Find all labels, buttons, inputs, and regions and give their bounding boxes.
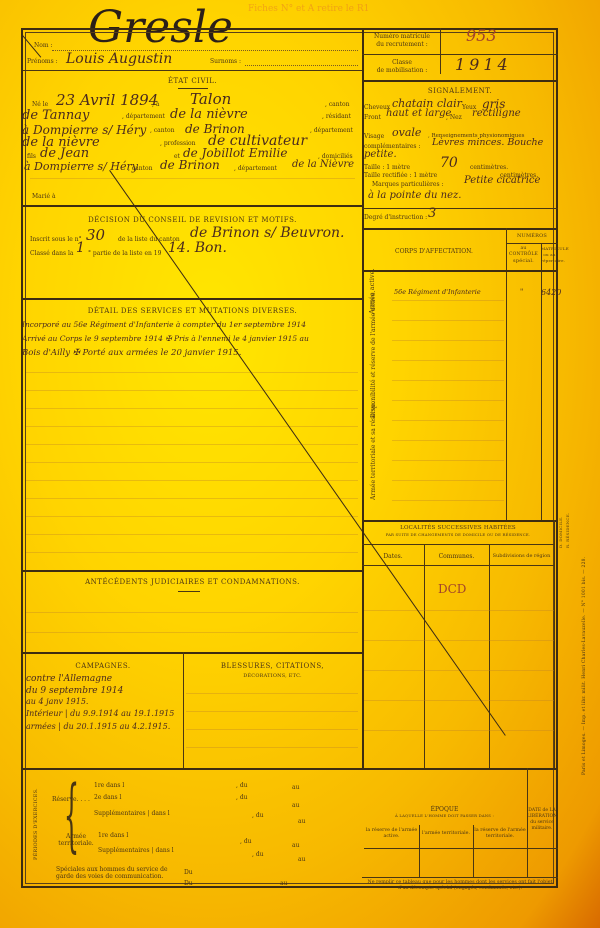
localites-col-divider xyxy=(424,544,425,768)
services-line: Arrivé au Corps le 9 septembre 1914 ✠ Pr… xyxy=(22,334,309,343)
corps-affectation-title: CORPS D'AFFECTATION. xyxy=(362,248,506,255)
epoque-col-territoriale: l'armée territoriale. xyxy=(419,831,473,837)
du-label: , du xyxy=(236,794,248,801)
localites-col-divider xyxy=(489,544,490,768)
campagnes-line: contre l'Allemagne xyxy=(26,674,112,684)
divider xyxy=(362,877,558,878)
printer-imprint: Paris et Limoges. — Imp. et libr. milit.… xyxy=(582,557,587,775)
divider xyxy=(362,228,558,230)
form-frame xyxy=(21,28,558,888)
canton3-value: de Brinon xyxy=(160,158,220,172)
fils-label: fils xyxy=(27,153,36,160)
date-liberation-header: DATE de LA LIBÉRATION du service militai… xyxy=(527,808,557,832)
front-value: haut et large xyxy=(386,108,451,119)
departement3-value: de la Nièvre xyxy=(292,159,354,170)
localites-side-divider xyxy=(554,520,555,768)
ruled-line xyxy=(392,440,504,441)
divider xyxy=(23,652,362,654)
ruled-line xyxy=(26,612,358,613)
departement-value: de la nièvre xyxy=(170,107,248,122)
ruled-line xyxy=(392,360,504,361)
blessures-subtitle: DÉCORATIONS, ETC. xyxy=(183,673,362,679)
inscrit-value: 30 xyxy=(86,226,105,244)
ruled-line xyxy=(364,700,554,701)
ruled-line xyxy=(26,498,358,499)
classe-label-2: de mobilisation : xyxy=(364,67,440,74)
reserve-label: Réserve. . . . xyxy=(52,796,90,803)
divider xyxy=(362,520,558,522)
visage-value: ovale xyxy=(392,126,421,139)
archive-stamp: Fiches N° et A retire le R1 xyxy=(248,4,369,14)
divider xyxy=(362,565,554,566)
numeros-subdivider xyxy=(541,244,542,520)
epoque-title: ÉPOQUE xyxy=(362,806,527,813)
canton3-label: , canton xyxy=(128,165,153,172)
ruled-line xyxy=(392,340,504,341)
marques-label: Marques particulières : xyxy=(372,181,444,188)
epoque-col-reserve-active: la réserve de l'armée active. xyxy=(364,828,419,840)
partie-value: 14. Bon. xyxy=(168,240,227,256)
campagnes-line: Intérieur | du 9.9.1914 au 19.1.1915 xyxy=(26,709,174,718)
controle-value: " xyxy=(520,288,523,296)
a-label: , à xyxy=(152,101,159,108)
nez-label: , Nez xyxy=(446,114,462,121)
ruled-line xyxy=(364,730,554,731)
prenoms-label: Prénoms : xyxy=(27,58,58,65)
ruled-line xyxy=(26,372,358,373)
localites-title: LOCALITÉS SUCCESSIVES HABITÉES xyxy=(362,525,554,531)
localites-entry: DCD xyxy=(438,582,466,596)
epoque-subtitle: À LAQUELLE L'HOMME DOIT PASSER DANS : xyxy=(362,813,527,818)
taille-value: 70 xyxy=(440,155,458,171)
au-label: au xyxy=(280,880,287,887)
territoriale-label: Armée territoriale. xyxy=(56,833,96,847)
territoriale-section-label: Armée territoriale et sa réserve. xyxy=(370,402,377,500)
marques-value-2: à la pointe du nez. xyxy=(368,190,461,201)
divider xyxy=(362,270,558,272)
canton-label: , canton xyxy=(325,101,350,108)
ruled-line xyxy=(26,480,358,481)
ruled-line xyxy=(186,693,358,694)
divider xyxy=(23,768,558,770)
epoque-note: Ne remplir ce tableau que pour les homme… xyxy=(364,880,556,892)
periode-row-label: 1re dans l xyxy=(98,832,128,839)
partie-label: ° partie de la liste en 19 xyxy=(88,250,161,257)
title-underline xyxy=(178,88,208,89)
matricule-divider xyxy=(440,28,441,74)
ruled-line xyxy=(26,632,358,633)
residant-label: , résidant xyxy=(322,113,351,120)
au-label: au xyxy=(298,818,305,825)
du-label: , du xyxy=(236,782,248,789)
divider xyxy=(362,544,554,545)
degre-label: Degré d'instruction : xyxy=(364,214,427,221)
disponibilite-label: Disponibilité et réserve de l'armée acti… xyxy=(370,291,377,418)
du-label: , du xyxy=(252,851,264,858)
subdivisions-header: Subdivisions de région xyxy=(489,553,554,559)
title-underline xyxy=(178,591,200,592)
localites-subtitle: PAR SUITE DE CHANGEMENTS DE DOMICILE OU … xyxy=(362,532,554,537)
ne-le-label: Né le xyxy=(32,101,48,108)
etat-civil-title: ÉTAT CIVIL. xyxy=(23,77,362,85)
surnoms-label: Surnoms : xyxy=(210,58,241,65)
surnoms-dotted-line xyxy=(245,65,358,66)
epoque-col-reserve-territoriale: la réserve de l'armée territoriale. xyxy=(473,828,527,840)
ruled-line xyxy=(26,534,358,535)
speciales-du-label: Du xyxy=(184,880,193,887)
classe-dans-value: 1 xyxy=(76,240,85,256)
military-registration-record: Fiches N° et A retire le R1 Gresle Nom :… xyxy=(0,0,600,928)
campagnes-line: du 9 septembre 1914 xyxy=(26,686,123,696)
marques-value: Petite cicatrice xyxy=(464,175,540,186)
conseil-revision-title: DÉCISION DU CONSEIL DE REVISION ET MOTIF… xyxy=(23,216,362,224)
ne-le-value: 23 Avril 1894 xyxy=(56,91,158,109)
ruled-line xyxy=(364,610,554,611)
prenoms-value: Louis Augustin xyxy=(66,51,172,67)
departement3-label: , département xyxy=(234,165,277,172)
services-title: DÉTAIL DES SERVICES ET MUTATIONS DIVERSE… xyxy=(23,307,362,315)
controle-header: spécial. xyxy=(506,258,541,264)
divider xyxy=(23,298,362,300)
campagnes-title: CAMPAGNES. xyxy=(23,662,183,670)
divider xyxy=(362,208,558,209)
matricule-header: répertoire. xyxy=(541,258,558,263)
corps-value: 56e Régiment d'Infanterie xyxy=(394,288,481,296)
campagnes-line: armées | du 20.1.1915 au 4.2.1915. xyxy=(26,722,170,731)
du-label: , du xyxy=(252,812,264,819)
matricule-repertoire-value: 6420 xyxy=(541,288,561,297)
periode-row-label: 1re dans l xyxy=(94,782,124,789)
services-line: Bois d'Ailly ✠ Porté aux armées le 20 ja… xyxy=(22,348,241,358)
periode-row-label: Supplémentaires | dans l xyxy=(98,847,174,854)
matricule-label: Numéro matricule xyxy=(364,33,440,40)
inscrit-label: Inscrit sous le n° xyxy=(30,236,82,243)
matricule-header: ou au xyxy=(541,252,558,257)
au-label: au xyxy=(292,784,299,791)
ruled-line xyxy=(26,552,358,553)
nez-value: rectiligne xyxy=(472,108,521,119)
complementaires-value: Lèvres minces. Bouche xyxy=(432,137,543,148)
ruled-line xyxy=(26,516,358,517)
taille-label: Taille : 1 mètre xyxy=(364,164,410,171)
ruled-line xyxy=(392,420,504,421)
domicilies-value: à Dompierre s/ Héry xyxy=(24,160,138,173)
periode-row-label: Supplémentaires | dans l xyxy=(94,810,170,817)
degre-value: 3 xyxy=(428,206,436,221)
au-label: au xyxy=(292,842,299,849)
ruled-line xyxy=(392,480,504,481)
numeros-title: NUMÉROS xyxy=(506,233,558,239)
ruled-line xyxy=(26,408,358,409)
ruled-line xyxy=(26,390,358,391)
dates-header: Dates. xyxy=(362,553,424,560)
antecedents-title: ANTÉCÉDENTS JUDICIAIRES ET CONDAMNATIONS… xyxy=(23,578,362,586)
controle-header: au xyxy=(506,246,541,251)
birthplace-value: Talon xyxy=(190,90,231,108)
campagnes-line: au 4 janv 1915. xyxy=(26,697,88,706)
nom-label: Nom : xyxy=(34,42,52,49)
speciales-du-label: Du xyxy=(184,869,193,876)
services-line: Incorporé au 56e Régiment d'Infanterie à… xyxy=(22,320,306,329)
matricule-value: 953 xyxy=(466,26,497,45)
classe-value: 1914 xyxy=(455,55,512,74)
divider xyxy=(362,80,558,82)
speciales-label: Spéciales aux hommes du service de garde… xyxy=(56,866,182,880)
ruled-line xyxy=(392,500,504,501)
ruled-line xyxy=(26,426,358,427)
divider xyxy=(506,243,558,244)
residence-label: R. RÉSIDENCE. xyxy=(565,513,570,548)
classe-dans-label: Classé dans la xyxy=(30,250,73,257)
ruled-line xyxy=(392,300,504,301)
signalement-title: SIGNALEMENT. xyxy=(362,87,558,95)
blessures-title: BLESSURES, CITATIONS, xyxy=(183,662,362,670)
divider xyxy=(23,205,362,207)
matricule-label-2: du recrutement : xyxy=(364,41,440,48)
matricule-header: MATRICULE xyxy=(541,246,558,251)
taille-rectifiee-label: Taille rectifiée : 1 mètre xyxy=(364,172,437,179)
ruled-line xyxy=(392,460,504,461)
au-label: au xyxy=(298,856,305,863)
du-label: , du xyxy=(240,838,252,845)
marie-label: Marié à xyxy=(32,193,56,200)
controle-header: CONTRÔLE xyxy=(506,252,541,257)
front-label: Front xyxy=(364,114,381,121)
ruled-line xyxy=(186,747,358,748)
classe-label: Classe xyxy=(364,59,440,66)
ruled-line xyxy=(30,178,355,179)
ruled-line xyxy=(186,729,358,730)
periodes-side-label: PÉRIODES D'EXERCICES. xyxy=(33,788,39,860)
communes-header: Communes. xyxy=(424,553,489,560)
liste-value: de Brinon s/ Beuvron. xyxy=(190,225,345,241)
ruled-line xyxy=(392,400,504,401)
complementaires-value-2: petite. xyxy=(364,149,397,160)
departement-label: , département xyxy=(122,113,165,120)
ruled-line xyxy=(26,444,358,445)
canton-value: de Tannay xyxy=(22,108,89,123)
visage-label: Visage xyxy=(364,133,384,140)
divider xyxy=(23,570,362,572)
ruled-line xyxy=(392,380,504,381)
domicile-label: D. DOMICILE. xyxy=(558,516,563,548)
ruled-line xyxy=(26,462,358,463)
periode-row-label: 2e dans l xyxy=(94,794,121,801)
ruled-line xyxy=(392,320,504,321)
departement2-label: , département xyxy=(310,127,353,134)
ruled-line xyxy=(364,640,554,641)
ruled-line xyxy=(186,711,358,712)
divider xyxy=(364,848,558,849)
father-value: de Jean xyxy=(40,146,89,161)
canton2-label: , canton xyxy=(150,127,175,134)
au-label: au xyxy=(292,802,299,809)
divider xyxy=(23,70,362,71)
taille-unit: centimètres. xyxy=(470,164,508,171)
